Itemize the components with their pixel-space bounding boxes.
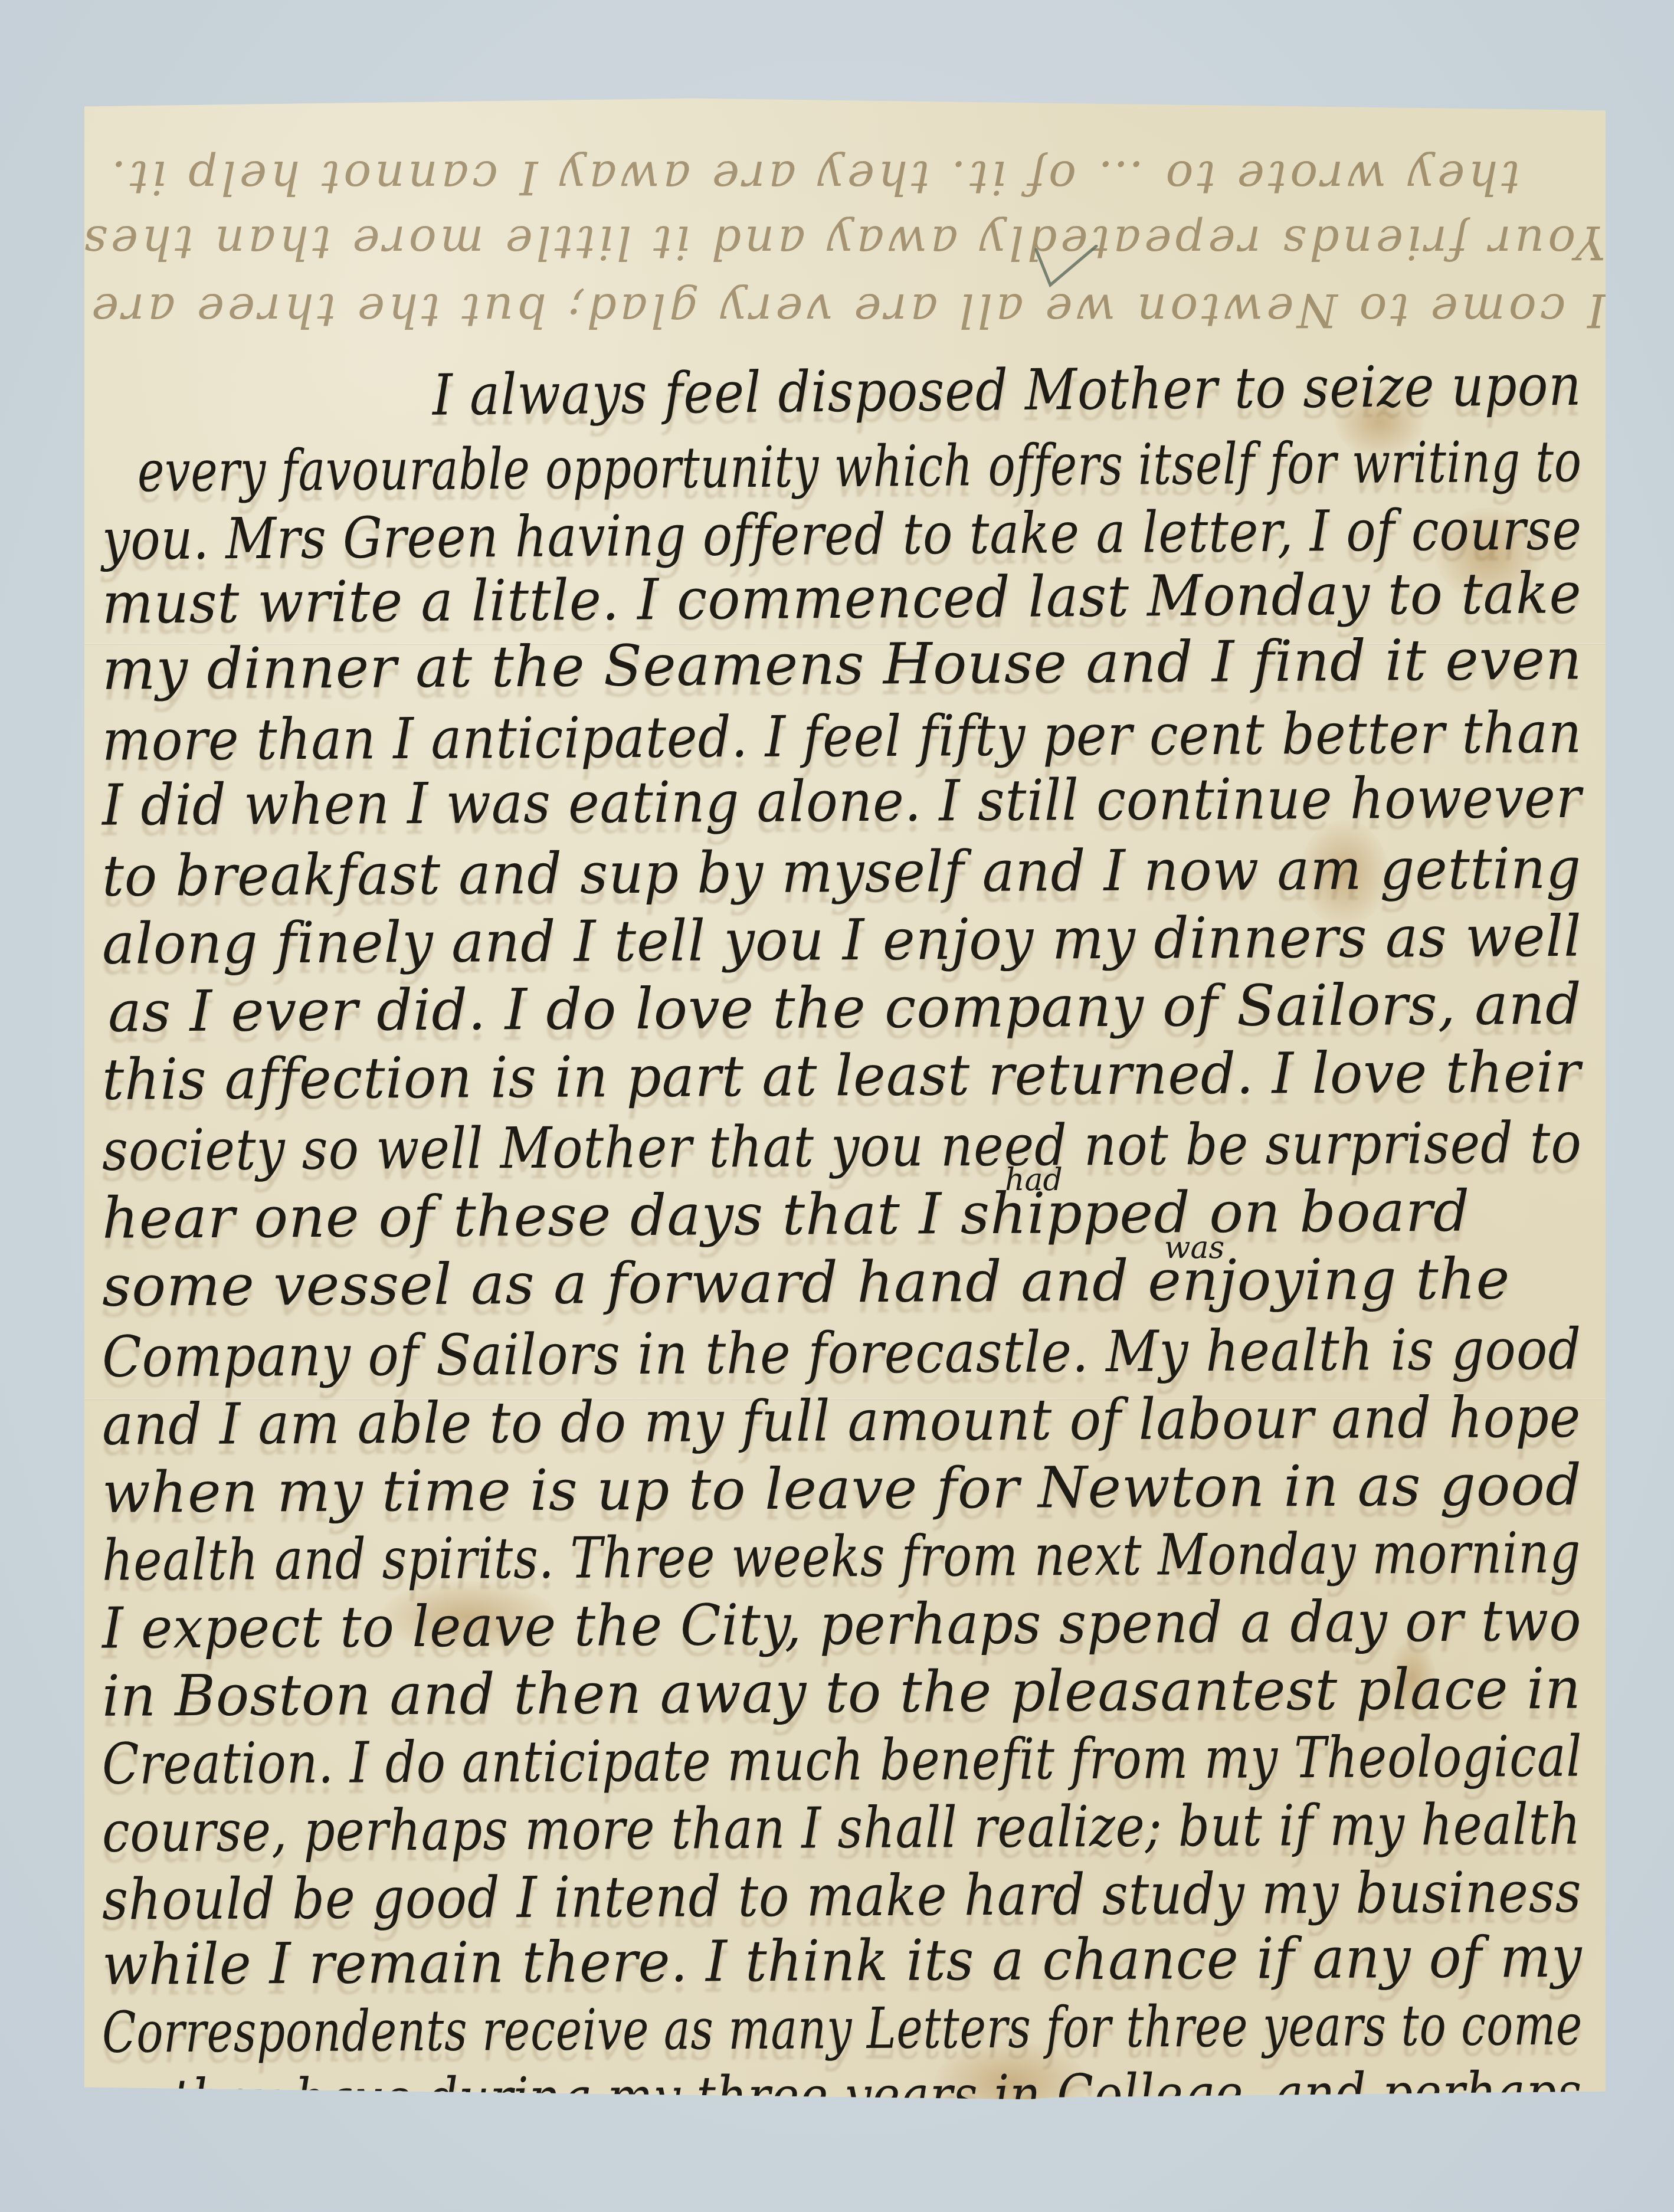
letter-line: in Boston and then away to the pleasante… <box>84 1656 1624 1729</box>
line-text: along finely and I tell you I enjoy my d… <box>102 904 1582 976</box>
insertion-text: had <box>1005 1162 1063 1198</box>
line-text: to breakfast and sup by myself and I now… <box>102 836 1582 909</box>
letter-line: health and spirits. Three weeks from nex… <box>84 1520 1624 1593</box>
letter-line: I expect to leave the City, perhaps spen… <box>84 1588 1624 1661</box>
letter-line: every favourable opportunity which offer… <box>84 428 1659 504</box>
line-text: some vessel as a forward hand and enjoyi… <box>102 1246 1511 1318</box>
line-text: you. Mrs Green having offered to take a … <box>102 497 1583 572</box>
line-text: when my time is up to leave for Newton i… <box>102 1453 1582 1525</box>
letter-line: Creation. I do anticipate much benefit f… <box>84 1723 1624 1797</box>
letter-line: Correspondents receive as many Letters f… <box>84 1992 1624 2065</box>
letter-line: my dinner at the Seamens House and I fin… <box>84 627 1624 702</box>
letter-line: some vessel as a forward hand and enjoyi… <box>84 1246 1624 1319</box>
line-text: must write a little. I commenced last Mo… <box>102 561 1582 636</box>
letter-line: this affection is in part at least retur… <box>84 1039 1624 1112</box>
bleed-through-line: they wrote to … of it. they are away I c… <box>84 150 1606 204</box>
line-text: every favourable opportunity which offer… <box>137 429 1583 504</box>
letter-line: course, perhaps more than I shall realiz… <box>84 1791 1624 1864</box>
line-text: health and spirits. Three weeks from nex… <box>102 1520 1581 1593</box>
line-text: hear one of these days that I shipped on… <box>102 1179 1470 1251</box>
letter-line: must write a little. I commenced last Mo… <box>84 561 1624 636</box>
line-text: while I remain there. I think its a chan… <box>102 1925 1583 1997</box>
letter-line: Company of Sailors in the forecastle. My… <box>84 1316 1624 1390</box>
letter-line: to breakfast and sup by myself and I now… <box>84 835 1624 909</box>
letter-line: as I ever did. I do love the company of … <box>84 971 1630 1044</box>
letter-line: I did when I was eating alone. I still c… <box>84 765 1624 838</box>
line-text: I always feel disposed Mother to seize u… <box>432 353 1581 428</box>
line-text: society so well Mother that you need not… <box>102 1110 1582 1183</box>
line-text: as they have during my three years in Co… <box>102 2060 1583 2133</box>
letter-line: hear one of these days that I shipped on… <box>84 1178 1624 1251</box>
letter-line: while I remain there. I think its a chan… <box>84 1924 1624 1997</box>
letter-line: when my time is up to leave for Newton i… <box>84 1452 1624 1525</box>
line-text: I expect to leave the City, perhaps spen… <box>102 1588 1582 1661</box>
letter-line: I always feel disposed Mother to seize u… <box>84 349 1674 431</box>
line-text: I did when I was eating alone. I still c… <box>102 765 1582 838</box>
bleed-through-line: Your friends repeatedly away and it litt… <box>84 215 1606 268</box>
line-text: Creation. I do anticipate much benefit f… <box>102 1724 1583 1797</box>
line-text: this affection is in part at least retur… <box>102 1040 1581 1112</box>
letter-line: as they have during my three years in Co… <box>84 2060 1624 2133</box>
line-text: Company of Sailors in the forecastle. My… <box>102 1317 1582 1390</box>
line-text: and I am able to do my full amount of la… <box>102 1385 1581 1457</box>
line-text: course, perhaps more than I shall realiz… <box>102 1792 1581 1864</box>
pencil-check-mark-icon <box>1031 245 1102 304</box>
bleed-through-line: I come to Newton we all are very glad; b… <box>84 283 1606 336</box>
line-text: more than I anticipated. I feel fifty pe… <box>102 700 1583 773</box>
letter-line: along finely and I tell you I enjoy my d… <box>84 903 1624 976</box>
line-text: should be good I intend to make hard stu… <box>102 1860 1582 1932</box>
letter-page: they wrote to … of it. they are away I c… <box>84 94 1606 2099</box>
line-text: my dinner at the Seamens House and I fin… <box>102 627 1583 702</box>
line-text: in Boston and then away to the pleasante… <box>102 1656 1581 1729</box>
line-text: Correspondents receive as many Letters f… <box>102 1993 1583 2065</box>
letter-line: more than I anticipated. I feel fifty pe… <box>84 700 1624 773</box>
letter-line: society so well Mother that you need not… <box>84 1110 1624 1183</box>
insertion-text: was <box>1164 1230 1224 1266</box>
letter-line: should be good I intend to make hard stu… <box>84 1859 1624 1932</box>
letter-line: and I am able to do my full amount of la… <box>84 1384 1624 1457</box>
line-text: as I ever did. I do love the company of … <box>108 972 1582 1044</box>
